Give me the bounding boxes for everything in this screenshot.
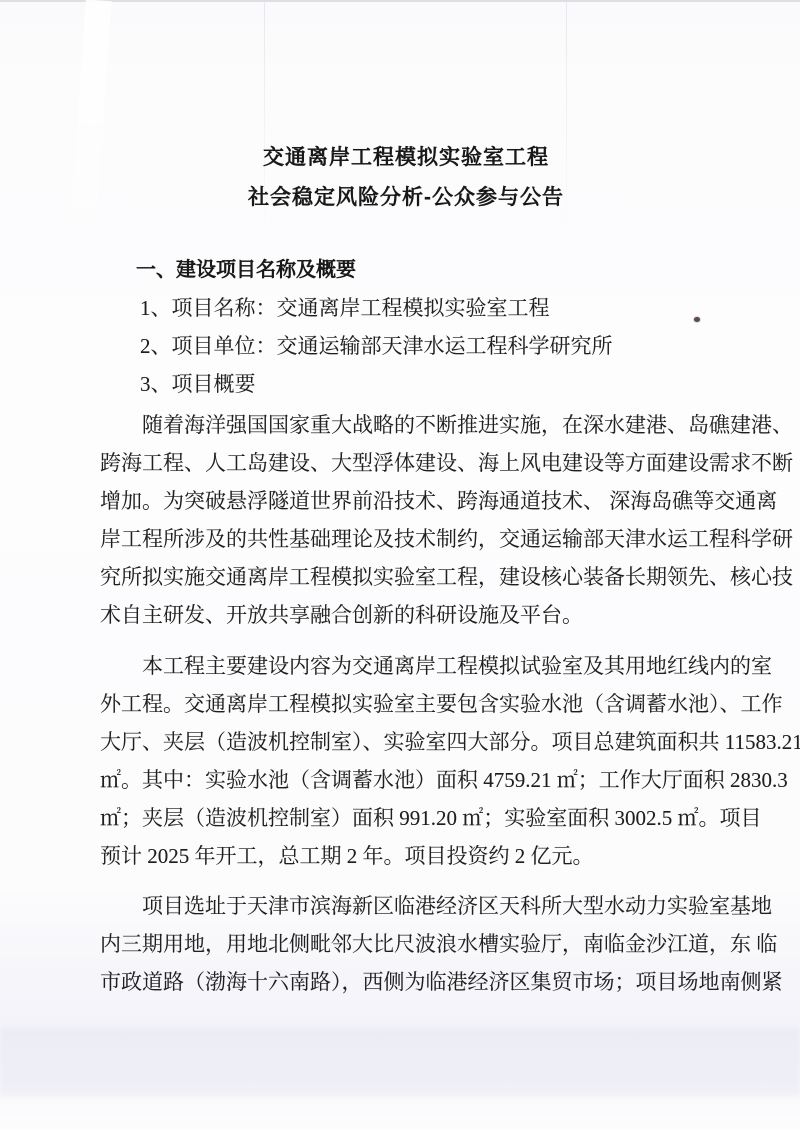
text-line: 究所拟实施交通离岸工程模拟实验室工程，建设核心装备长期领先、核心技 (100, 558, 712, 596)
text-line: 外工程。交通离岸工程模拟实验室主要包含实验水池（含调蓄水池）、工作 (100, 685, 712, 723)
text-line: 大厅、夹层（造波机控制室）、实验室四大部分。项目总建筑面积共 11583.21 (100, 723, 712, 761)
scanned-document-page: 交通离岸工程模拟实验室工程 社会稳定风险分析-公众参与公告 一、建设项目名称及概… (0, 0, 800, 1130)
list-item-project-name: 1、项目名称：交通离岸工程模拟实验室工程 (100, 289, 712, 327)
text-line: 项目选址于天津市滨海新区临港经济区天科所大型水动力实验室基地 (100, 887, 712, 925)
paragraph-project-location: 项目选址于天津市滨海新区临港经济区天科所大型水动力实验室基地 内三期用地，用地北… (100, 887, 712, 1001)
text-line: 市政道路（渤海十六南路），西侧为临港经济区集贸市场；项目场地南侧紧 (100, 963, 712, 1001)
section-heading: 一、建设项目名称及概要 (100, 251, 712, 289)
text-line: ㎡；夹层（造波机控制室）面积 991.20 ㎡；实验室面积 3002.5 ㎡。项… (100, 799, 712, 837)
paragraph-project-background: 随着海洋强国国家重大战略的不断推进实施，在深水建港、岛礁建港、 跨海工程、人工岛… (100, 406, 712, 634)
text-line: 内三期用地，用地北侧毗邻大比尺波浪水槽实验厅，南临金沙江道，东 临 (100, 925, 712, 963)
document-title-line-1: 交通离岸工程模拟实验室工程 (100, 138, 712, 178)
document-title-line-2: 社会稳定风险分析-公众参与公告 (100, 178, 712, 218)
list-item-project-unit: 2、项目单位：交通运输部天津水运工程科学研究所 (100, 327, 712, 365)
text-line: 岸工程所涉及的共性基础理论及技术制约，交通运输部天津水运工程科学研 (100, 520, 712, 558)
document-content: 交通离岸工程模拟实验室工程 社会稳定风险分析-公众参与公告 一、建设项目名称及概… (0, 0, 800, 1130)
text-line: 跨海工程、人工岛建设、大型浮体建设、海上风电建设等方面建设需求不断 (100, 444, 712, 482)
text-line: ㎡。其中：实验水池（含调蓄水池）面积 4759.21 ㎡；工作大厅面积 2830… (100, 761, 712, 799)
paragraph-construction-content: 本工程主要建设内容为交通离岸工程模拟试验室及其用地红线内的室 外工程。交通离岸工… (100, 647, 712, 875)
text-line: 随着海洋强国国家重大战略的不断推进实施，在深水建港、岛礁建港、 (100, 406, 712, 444)
text-line: 术自主研发、开放共享融合创新的科研设施及平台。 (100, 596, 712, 634)
text-line: 增加。为突破悬浮隧道世界前沿技术、跨海通道技术、 深海岛礁等交通离 (100, 482, 712, 520)
text-line: 预计 2025 年开工，总工期 2 年。项目投资约 2 亿元。 (100, 837, 712, 875)
text-line: 本工程主要建设内容为交通离岸工程模拟试验室及其用地红线内的室 (100, 647, 712, 685)
list-item-project-summary: 3、项目概要 (100, 365, 712, 403)
